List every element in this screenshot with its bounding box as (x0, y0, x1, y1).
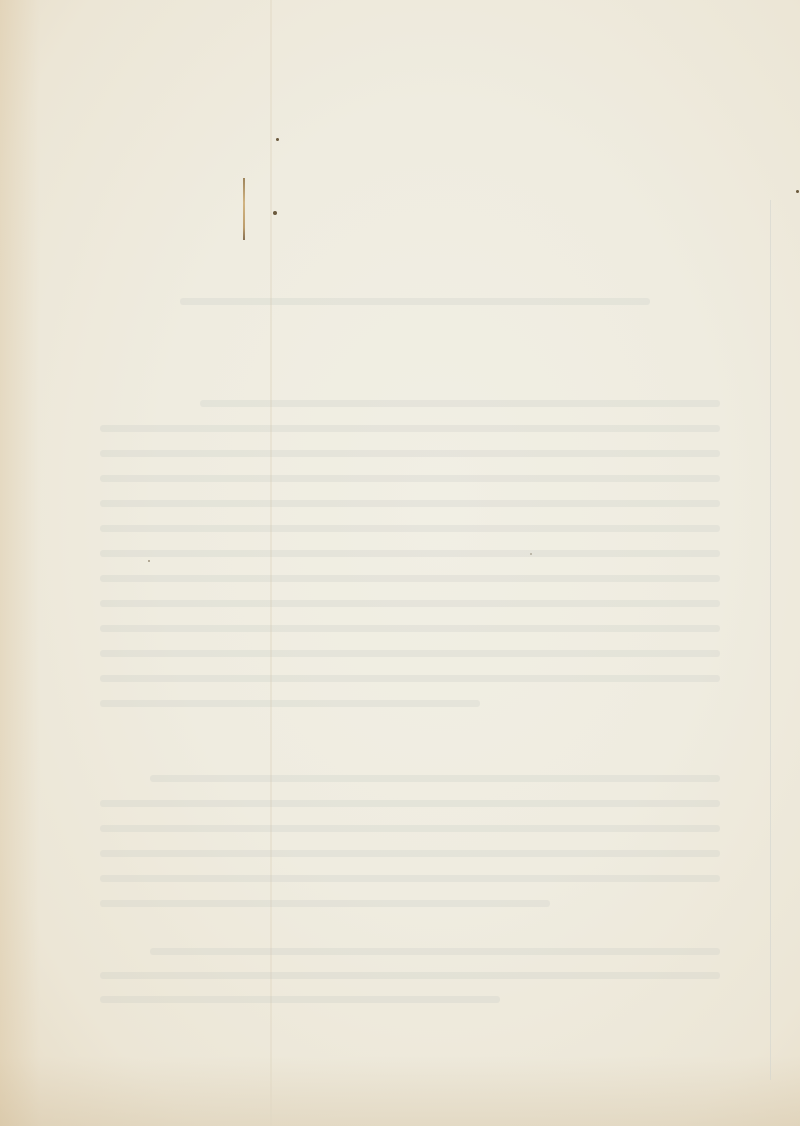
bleed-line (100, 475, 720, 482)
bleed-line (100, 600, 720, 607)
bleed-line (100, 625, 720, 632)
bleed-line (100, 800, 720, 807)
scanned-page (0, 0, 800, 1126)
bleed-line (100, 850, 720, 857)
bleed-line (100, 650, 720, 657)
bleed-line (150, 775, 720, 782)
bleed-line (100, 525, 720, 532)
bleed-line (100, 700, 480, 707)
bleed-line (100, 575, 720, 582)
bleed-line (100, 875, 720, 882)
bleed-line (100, 450, 720, 457)
bleed-line (200, 400, 720, 407)
bleed-line (180, 298, 650, 305)
bleed-through-text (0, 0, 800, 1126)
bleed-line (150, 948, 720, 955)
bleed-line (100, 550, 720, 557)
bleed-line (100, 996, 500, 1003)
bleed-line (100, 825, 720, 832)
bleed-line (100, 972, 720, 979)
bleed-line (100, 500, 720, 507)
bleed-line (100, 675, 720, 682)
bleed-line (100, 900, 550, 907)
bleed-line (100, 425, 720, 432)
